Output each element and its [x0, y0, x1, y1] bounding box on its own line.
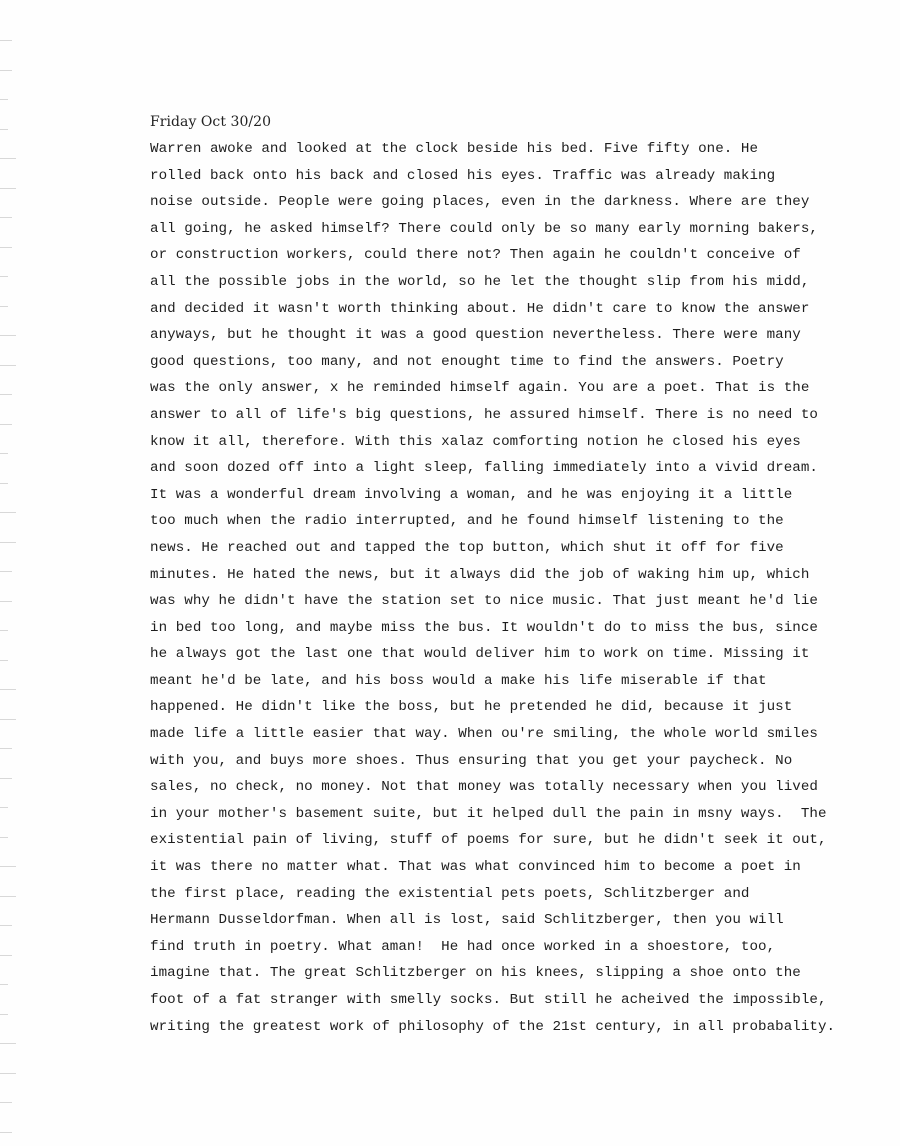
margin-tick	[0, 99, 8, 100]
margin-tick	[0, 1132, 12, 1133]
document-line: in your mother's basement suite, but it …	[150, 801, 850, 828]
margin-tick	[0, 483, 8, 484]
document-line: good questions, too many, and not enough…	[150, 349, 850, 376]
margin-tick	[0, 660, 8, 661]
margin-tick	[0, 129, 8, 130]
document-line: and soon dozed off into a light sleep, f…	[150, 455, 850, 482]
margin-tick	[0, 1014, 8, 1015]
document-line: with you, and buys more shoes. Thus ensu…	[150, 748, 850, 775]
left-margin-ticks	[0, 0, 20, 1146]
document-line: the first place, reading the existential…	[150, 881, 850, 908]
margin-tick	[0, 630, 8, 631]
document-line: all going, he asked himself? There could…	[150, 216, 850, 243]
document-line: know it all, therefore. With this xalaz …	[150, 429, 850, 456]
margin-tick	[0, 217, 12, 218]
margin-tick	[0, 70, 12, 71]
margin-tick	[0, 1043, 16, 1044]
margin-tick	[0, 1102, 12, 1103]
document-line: or construction workers, could there not…	[150, 242, 850, 269]
margin-tick	[0, 571, 12, 572]
document-line: he always got the last one that would de…	[150, 641, 850, 668]
margin-tick	[0, 424, 12, 425]
document-line: It was a wonderful dream involving a wom…	[150, 482, 850, 509]
document-line: was the only answer, x he reminded himse…	[150, 375, 850, 402]
margin-tick	[0, 306, 8, 307]
typewritten-page: Friday Oct 30/20 Warren awoke and looked…	[0, 0, 900, 1146]
margin-tick	[0, 453, 8, 454]
margin-tick	[0, 601, 12, 602]
margin-tick	[0, 807, 8, 808]
document-line: Hermann Dusseldorfman. When all is lost,…	[150, 907, 850, 934]
document-line: was why he didn't have the station set t…	[150, 588, 850, 615]
document-line: happened. He didn't like the boss, but h…	[150, 694, 850, 721]
margin-tick	[0, 984, 8, 985]
document-line: in bed too long, and maybe miss the bus.…	[150, 615, 850, 642]
margin-tick	[0, 335, 16, 336]
margin-tick	[0, 276, 8, 277]
document-line: made life a little easier that way. When…	[150, 721, 850, 748]
document-line: answer to all of life's big questions, h…	[150, 402, 850, 429]
document-line: Warren awoke and looked at the clock bes…	[150, 136, 850, 163]
document-line: minutes. He hated the news, but it alway…	[150, 562, 850, 589]
document-date: Friday Oct 30/20	[150, 109, 850, 136]
document-line: too much when the radio interrupted, and…	[150, 508, 850, 535]
margin-tick	[0, 247, 12, 248]
margin-tick	[0, 365, 16, 366]
document-line: existential pain of living, stuff of poe…	[150, 827, 850, 854]
margin-tick	[0, 837, 8, 838]
document-line: and decided it wasn't worth thinking abo…	[150, 296, 850, 323]
margin-tick	[0, 719, 16, 720]
document-line: anyways, but he thought it was a good qu…	[150, 322, 850, 349]
margin-tick	[0, 866, 16, 867]
document-line: it was there no matter what. That was wh…	[150, 854, 850, 881]
margin-tick	[0, 40, 12, 41]
margin-tick	[0, 689, 16, 690]
margin-tick	[0, 1073, 16, 1074]
document-line: sales, no check, no money. Not that mone…	[150, 774, 850, 801]
document-line: writing the greatest work of philosophy …	[150, 1014, 850, 1041]
margin-tick	[0, 955, 12, 956]
document-line: rolled back onto his back and closed his…	[150, 163, 850, 190]
document-body: Warren awoke and looked at the clock bes…	[150, 136, 850, 1040]
document-line: find truth in poetry. What aman! He had …	[150, 934, 850, 961]
document-line: noise outside. People were going places,…	[150, 189, 850, 216]
margin-tick	[0, 542, 16, 543]
margin-tick	[0, 925, 12, 926]
typewritten-document: Friday Oct 30/20 Warren awoke and looked…	[150, 109, 850, 1040]
margin-tick	[0, 188, 16, 189]
document-line: all the possible jobs in the world, so h…	[150, 269, 850, 296]
margin-tick	[0, 748, 12, 749]
document-line: foot of a fat stranger with smelly socks…	[150, 987, 850, 1014]
margin-tick	[0, 512, 16, 513]
document-line: imagine that. The great Schlitzberger on…	[150, 960, 850, 987]
document-line: meant he'd be late, and his boss would a…	[150, 668, 850, 695]
margin-tick	[0, 158, 16, 159]
margin-tick	[0, 778, 12, 779]
margin-tick	[0, 394, 12, 395]
margin-tick	[0, 896, 16, 897]
document-line: news. He reached out and tapped the top …	[150, 535, 850, 562]
